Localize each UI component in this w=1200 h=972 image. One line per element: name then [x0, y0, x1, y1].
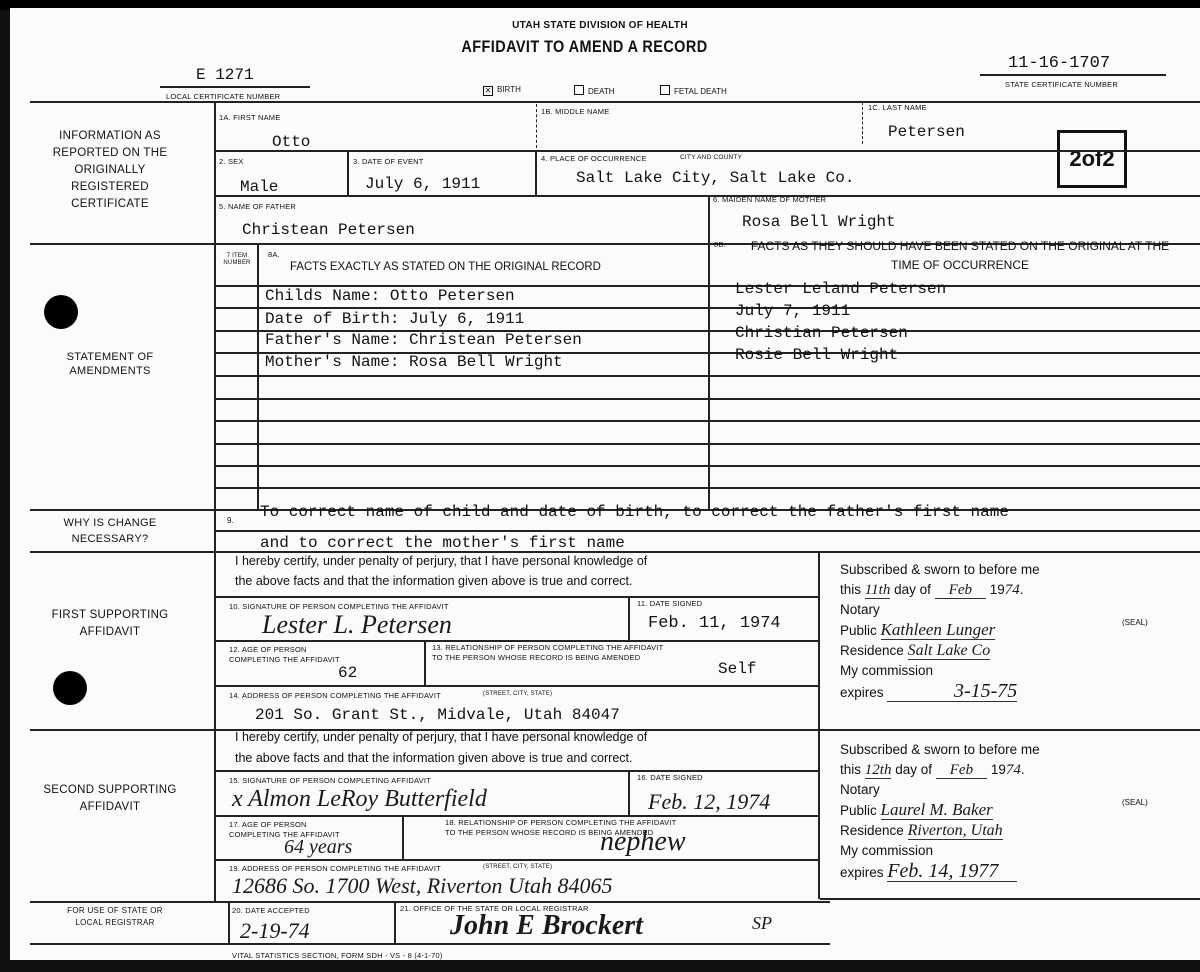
- state-certificate-number: 11-16-1707: [1008, 54, 1110, 73]
- relationship-1-label: 13. RELATIONSHIP OF PERSON COMPLETING TH…: [432, 643, 672, 663]
- relationship-1: Self: [718, 660, 756, 678]
- item-number-label: 7 ITEM NUMBER: [222, 253, 252, 267]
- date-accepted-label: 20. DATE ACCEPTED: [232, 906, 310, 915]
- reason-num: 9.: [227, 516, 234, 525]
- punch-hole: [44, 295, 78, 329]
- col-a-num: 8A.: [268, 250, 280, 259]
- first-name-label: 1A. FIRST NAME: [219, 113, 280, 122]
- col-b-title: FACTS AS THEY SHOULD HAVE BEEN STATED ON…: [740, 237, 1180, 275]
- checkbox-birth[interactable]: ✕BIRTH: [483, 85, 521, 96]
- age-1-label: 12. AGE OF PERSON COMPLETING THE AFFIDAV…: [229, 645, 359, 665]
- state-certificate-label: STATE CERTIFICATE NUMBER: [1005, 80, 1118, 89]
- notary-block-1: Subscribed & sworn to before me this 11t…: [840, 560, 1190, 703]
- signature-1: Lester L. Petersen: [262, 610, 452, 640]
- date-of-event-value: July 6, 1911: [365, 175, 480, 193]
- certify-line-2: the above facts and that the information…: [235, 748, 632, 768]
- place-sublabel: CITY AND COUNTY: [680, 154, 742, 161]
- certify-line-1: I hereby certify, under penalty of perju…: [235, 551, 647, 571]
- agency-name: UTAH STATE DIVISION OF HEALTH: [500, 20, 700, 31]
- address-2-sublabel: (STREET, CITY, STATE): [483, 864, 552, 870]
- section-label-reason: WHY IS CHANGE NECESSARY?: [40, 515, 180, 547]
- reason-line-2: and to correct the mother's first name: [260, 534, 625, 552]
- signature-2: x Almon LeRoy Butterfield: [232, 786, 487, 813]
- certify-line-2: the above facts and that the information…: [235, 571, 632, 591]
- amendment-corrected: Lester Leland Petersen: [735, 280, 946, 298]
- local-certificate-number: E 1271: [196, 66, 254, 84]
- address-1-label: 14. ADDRESS OF PERSON COMPLETING THE AFF…: [229, 691, 441, 700]
- amendment-original: Childs Name: Otto Petersen: [265, 287, 515, 305]
- address-1: 201 So. Grant St., Midvale, Utah 84047: [255, 706, 620, 724]
- age-1: 62: [338, 664, 357, 682]
- page-stamp: 2of2: [1057, 130, 1127, 188]
- checkbox-empty-icon: [574, 85, 584, 95]
- address-2: 12686 So. 1700 West, Riverton Utah 84065: [232, 873, 613, 899]
- checkbox-checked-icon: ✕: [483, 86, 493, 96]
- relationship-2: nephew: [600, 826, 686, 858]
- address-1-sublabel: (STREET, CITY, STATE): [483, 691, 552, 697]
- sex-label: 2. SEX: [219, 157, 244, 166]
- date-signed-2: Feb. 12, 1974: [648, 789, 770, 815]
- amendment-corrected: Christian Petersen: [735, 324, 908, 342]
- amendment-corrected: July 7, 1911: [735, 302, 850, 320]
- form-id: VITAL STATISTICS SECTION, FORM SDH - VS …: [232, 951, 443, 960]
- signature-2-label: 15. SIGNATURE OF PERSON COMPLETING AFFID…: [229, 776, 431, 785]
- certify-line-1: I hereby certify, under penalty of perju…: [235, 727, 647, 747]
- notary-signature-1: Kathleen Lunger: [881, 620, 996, 640]
- notary-block-2: Subscribed & sworn to before me this 12t…: [840, 740, 1190, 883]
- registrar-initials: SP: [752, 913, 772, 934]
- section-label-original: INFORMATION AS REPORTED ON THE ORIGINALL…: [40, 128, 180, 213]
- amendment-original: Date of Birth: July 6, 1911: [265, 310, 524, 328]
- checkbox-empty-icon: [660, 85, 670, 95]
- punch-hole: [53, 671, 87, 705]
- checkbox-fetal-death[interactable]: FETAL DEATH: [660, 85, 727, 96]
- sex-value: Male: [240, 178, 278, 196]
- date-signed-2-label: 16. DATE SIGNED: [637, 773, 703, 782]
- date-signed-1: Feb. 11, 1974: [648, 614, 781, 633]
- last-name-value: Petersen: [888, 123, 965, 141]
- checkbox-death[interactable]: DEATH: [574, 85, 615, 96]
- father-label: 5. NAME OF FATHER: [219, 202, 296, 211]
- first-name-value: Otto: [272, 133, 310, 151]
- amendment-original: Father's Name: Christean Petersen: [265, 331, 582, 349]
- place-label: 4. PLACE OF OCCURRENCE: [541, 154, 647, 163]
- col-a-title: FACTS EXACTLY AS STATED ON THE ORIGINAL …: [290, 259, 601, 273]
- registrar-signature: John E Brockert: [450, 910, 643, 942]
- date-of-event-label: 3. DATE OF EVENT: [353, 157, 424, 166]
- col-b-num: 8B.: [714, 240, 726, 249]
- local-certificate-label: LOCAL CERTIFICATE NUMBER: [166, 92, 280, 101]
- mother-label: 6. MAIDEN NAME OF MOTHER: [713, 195, 826, 204]
- place-value: Salt Lake City, Salt Lake Co.: [576, 169, 854, 187]
- notary-signature-2: Laurel M. Baker: [881, 800, 993, 820]
- section-label-amendments: STATEMENT OF AMENDMENTS: [40, 350, 180, 378]
- amendment-corrected: Rosie Bell Wright: [735, 346, 898, 364]
- date-signed-1-label: 11. DATE SIGNED: [637, 599, 702, 608]
- section-label-affidavit-1: FIRST SUPPORTING AFFIDAVIT: [40, 607, 180, 641]
- reason-line-1: To correct name of child and date of bir…: [260, 503, 1009, 521]
- age-2: 64 years: [284, 836, 352, 859]
- notary-day-1: 11th: [865, 582, 891, 599]
- document-title: AFFIDAVIT TO AMEND A RECORD: [440, 37, 729, 57]
- mother-value: Rosa Bell Wright: [742, 213, 896, 231]
- middle-name-label: 1B. MIDDLE NAME: [541, 107, 609, 116]
- section-label-affidavit-2: SECOND SUPPORTING AFFIDAVIT: [40, 782, 180, 816]
- section-label-registrar: FOR USE OF STATE OR LOCAL REGISTRAR: [60, 905, 170, 929]
- last-name-label: 1C. LAST NAME: [868, 103, 927, 112]
- amendment-original: Mother's Name: Rosa Bell Wright: [265, 353, 563, 371]
- father-value: Christean Petersen: [242, 221, 415, 239]
- address-2-label: 19. ADDRESS OF PERSON COMPLETING THE AFF…: [229, 864, 441, 873]
- date-accepted: 2-19-74: [240, 918, 310, 944]
- notary-day-2: 12th: [865, 762, 892, 779]
